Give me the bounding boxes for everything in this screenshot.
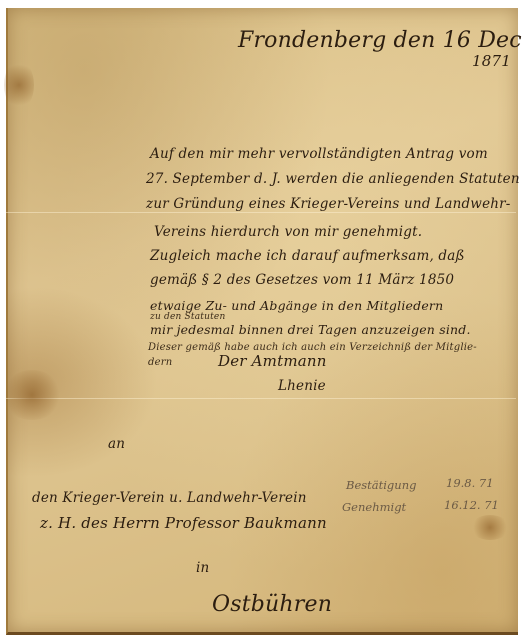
body-line: zur Gründung eines Krieger-Vereins und L… bbox=[146, 196, 511, 212]
address-line-1: den Krieger-Verein u. Landwehr-Verein bbox=[32, 490, 307, 506]
edge-stain bbox=[4, 60, 34, 110]
body-line: 27. September d. J. werden die anliegend… bbox=[146, 171, 520, 187]
place-date: Frondenberg den 16 December 1864 bbox=[238, 28, 522, 53]
continuation-end: dern bbox=[148, 357, 172, 368]
paper-fold-line bbox=[6, 398, 516, 399]
address-line-2: z. H. des Herrn Professor Baukmann bbox=[40, 514, 327, 532]
body-line: gemäß § 2 des Gesetzes vom 11 März 1850 bbox=[150, 272, 454, 288]
corner-stain bbox=[470, 515, 510, 540]
paper-fold-line bbox=[6, 212, 516, 213]
address-preposition: in bbox=[196, 560, 209, 576]
body-line: etwaige Zu- und Abgänge in den Mitgliede… bbox=[150, 298, 443, 313]
pencil-note-date: 16.12. 71 bbox=[444, 498, 499, 512]
pencil-note-date: 19.8. 71 bbox=[446, 476, 494, 490]
body-line: Auf den mir mehr vervollständigten Antra… bbox=[150, 146, 488, 162]
body-line: Vereins hierdurch von mir genehmigt. bbox=[154, 224, 422, 240]
pencil-note-label: Bestätigung bbox=[346, 478, 416, 492]
signature-title: Der Amtmann bbox=[218, 352, 327, 370]
pencil-note-label: Genehmigt bbox=[342, 500, 406, 514]
address-town: Ostbühren bbox=[212, 592, 332, 617]
margin-note: zu den Statuten bbox=[150, 312, 225, 322]
body-line: Zugleich mache ich darauf aufmerksam, da… bbox=[150, 248, 465, 264]
year-correction: 1871 bbox=[472, 52, 511, 70]
address-prefix: an bbox=[108, 436, 125, 452]
signature-name: Lhenie bbox=[278, 378, 326, 394]
body-line: mir jedesmal binnen drei Tagen anzuzeige… bbox=[150, 322, 471, 337]
water-stain bbox=[2, 370, 62, 420]
